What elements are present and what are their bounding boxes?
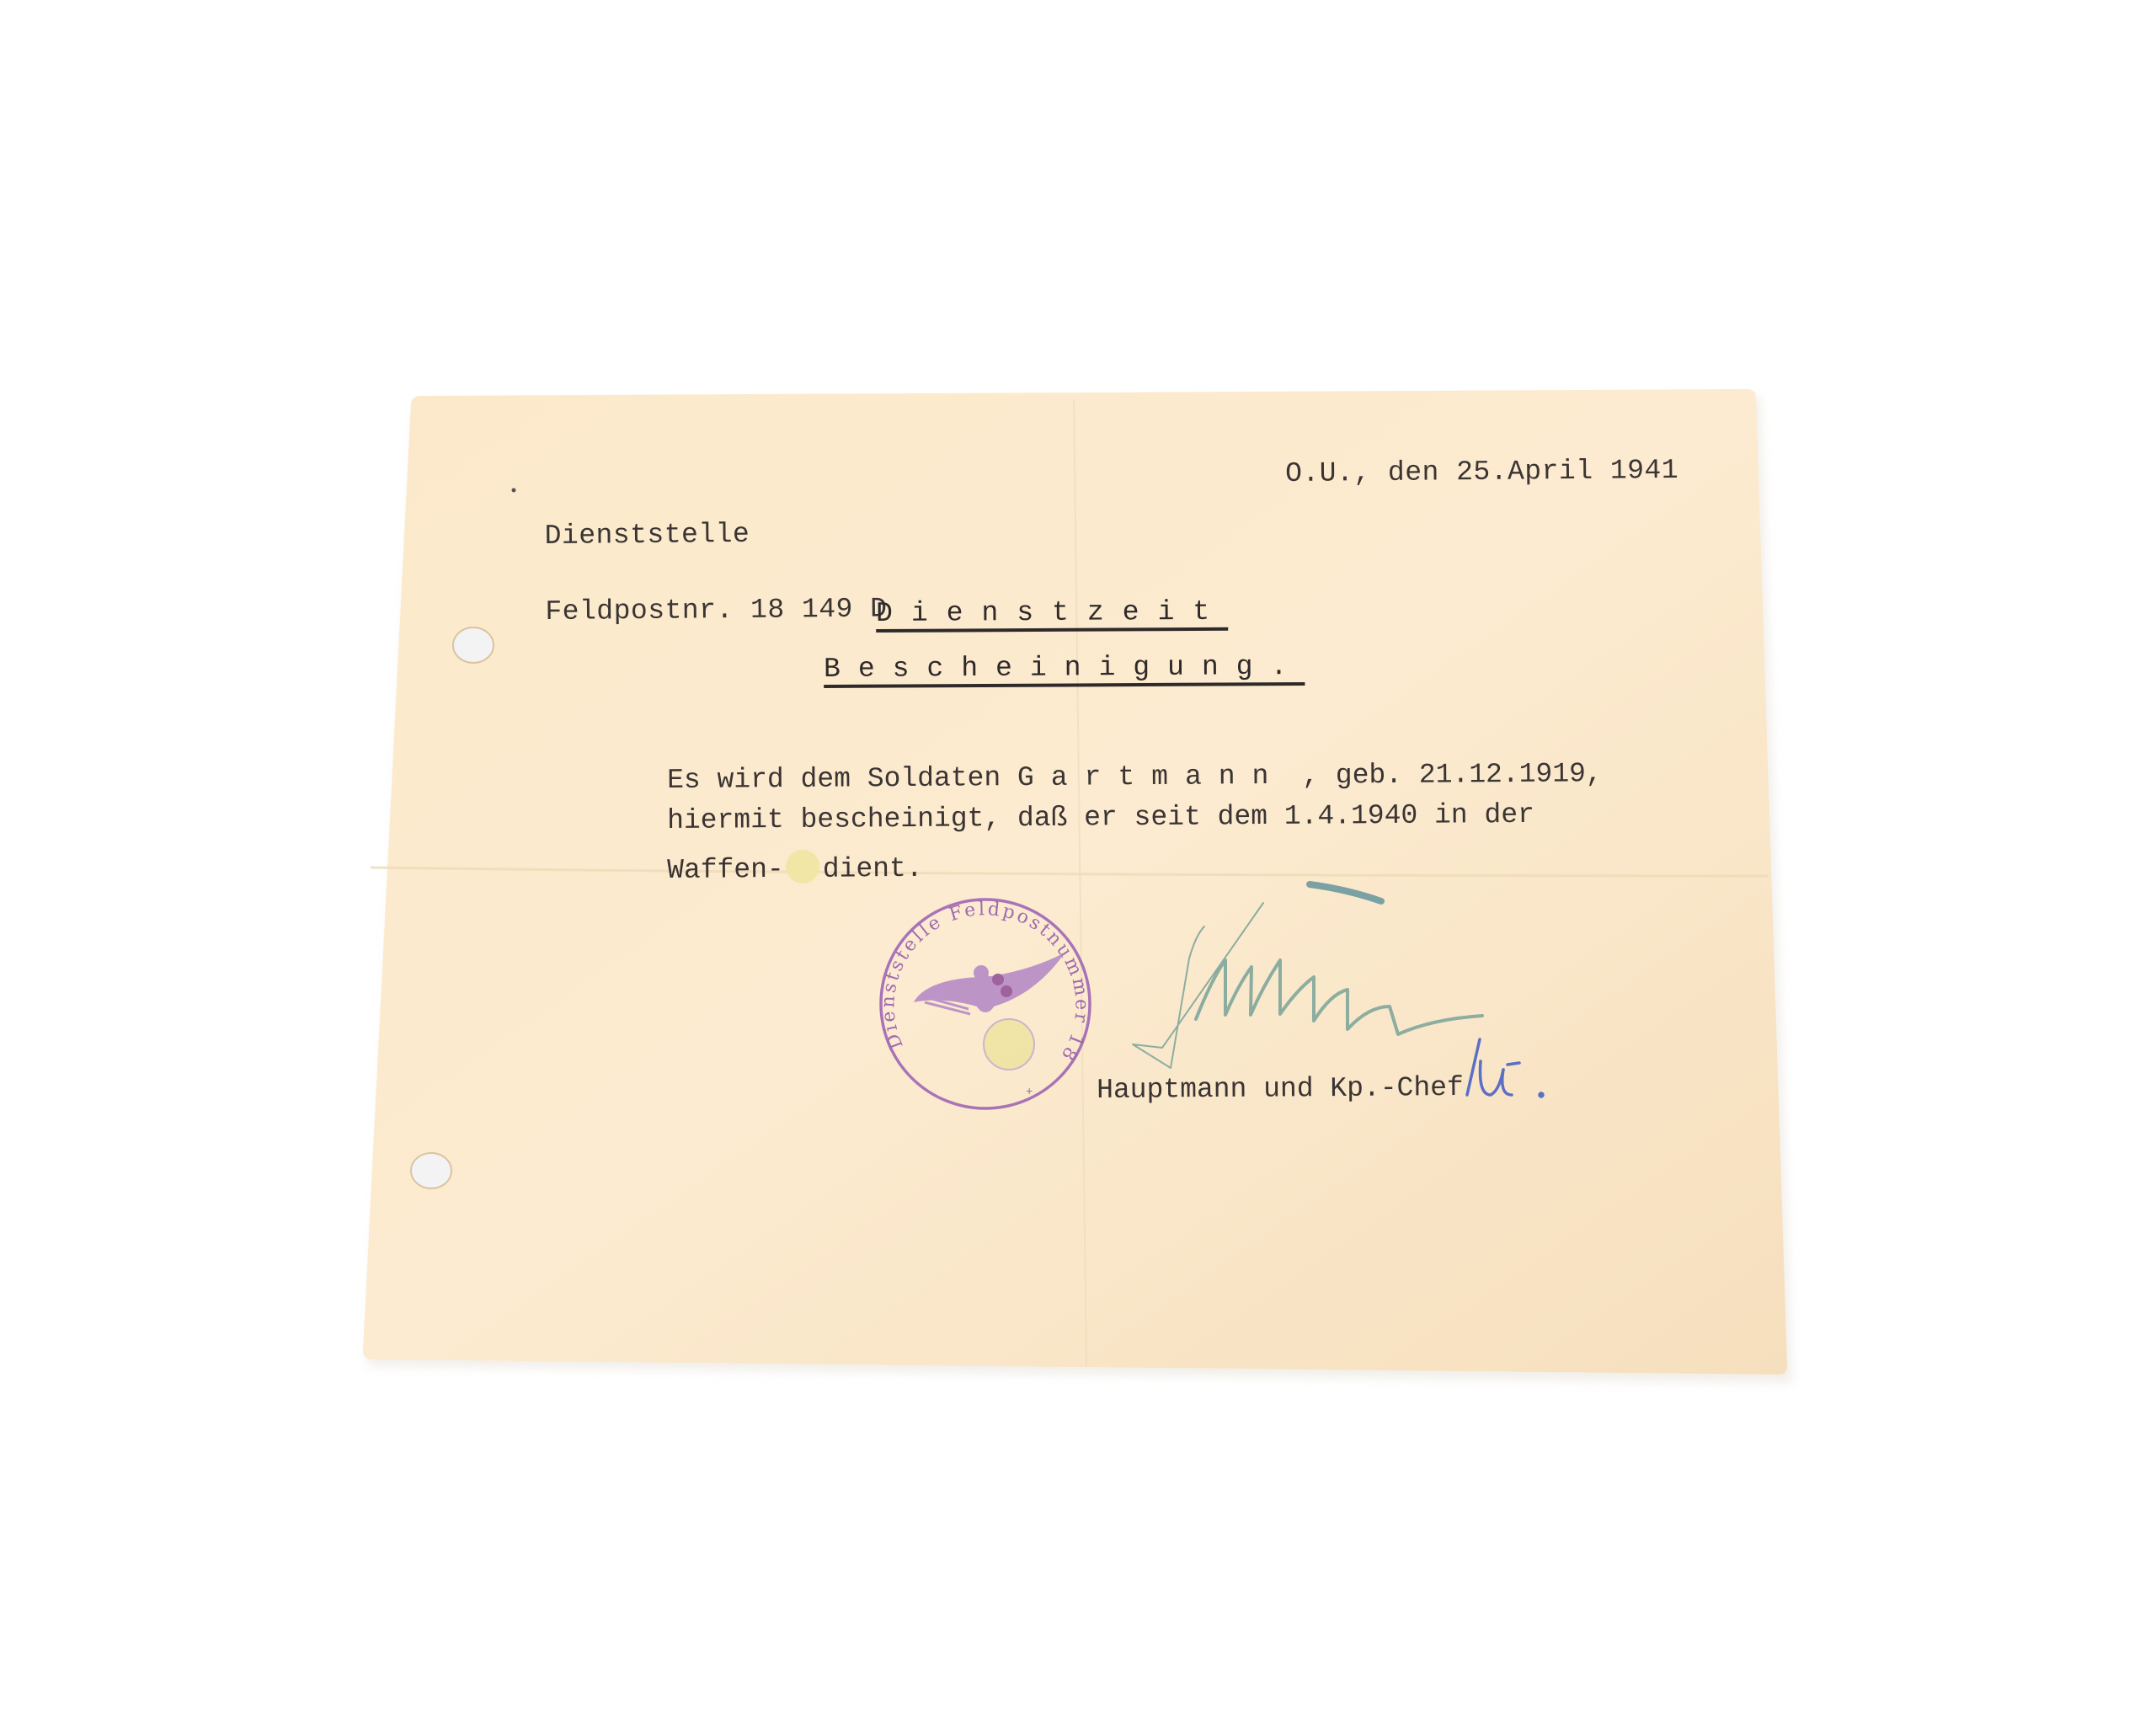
field-post-number: Feldpostnr. 18 149 D [545, 596, 887, 625]
document-photo: Dienststelle Feldpostnr. 18 149 D O.U., … [0, 0, 2156, 1719]
redaction-patch [786, 850, 819, 884]
office-label: Dienststelle [545, 521, 887, 549]
body-line-3-start: Waffen- [667, 854, 784, 886]
typed-bullet [512, 488, 516, 493]
body-line-3: Waffen-dient. [667, 849, 923, 886]
header-date: O.U., den 25.April 1941 [1285, 458, 1678, 487]
soldier-name: Gartmann [1017, 761, 1286, 793]
signatory-title: Hauptmann und Kp.-Chef [1097, 1072, 1464, 1106]
body-line-3-end: dient. [823, 853, 923, 885]
body-prefix: Es wird dem Soldaten [667, 762, 1017, 796]
title-line-2: Bescheinigung. [824, 651, 1305, 685]
title-line-1: Dienstzeit [876, 596, 1228, 629]
paper-sheet [0, 0, 2156, 1719]
header-office: Dienststelle Feldpostnr. 18 149 D [544, 470, 888, 675]
birth-date: , geb. 21.12.1919, [1285, 758, 1603, 792]
body-line-1: Es wird dem Soldaten Gartmann , geb. 21.… [667, 758, 1603, 796]
punch-hole-icon [411, 1153, 451, 1188]
body-line-2: hiermit bescheinigt, daß er seit dem 1.4… [667, 799, 1534, 836]
punch-hole-icon [453, 627, 494, 663]
